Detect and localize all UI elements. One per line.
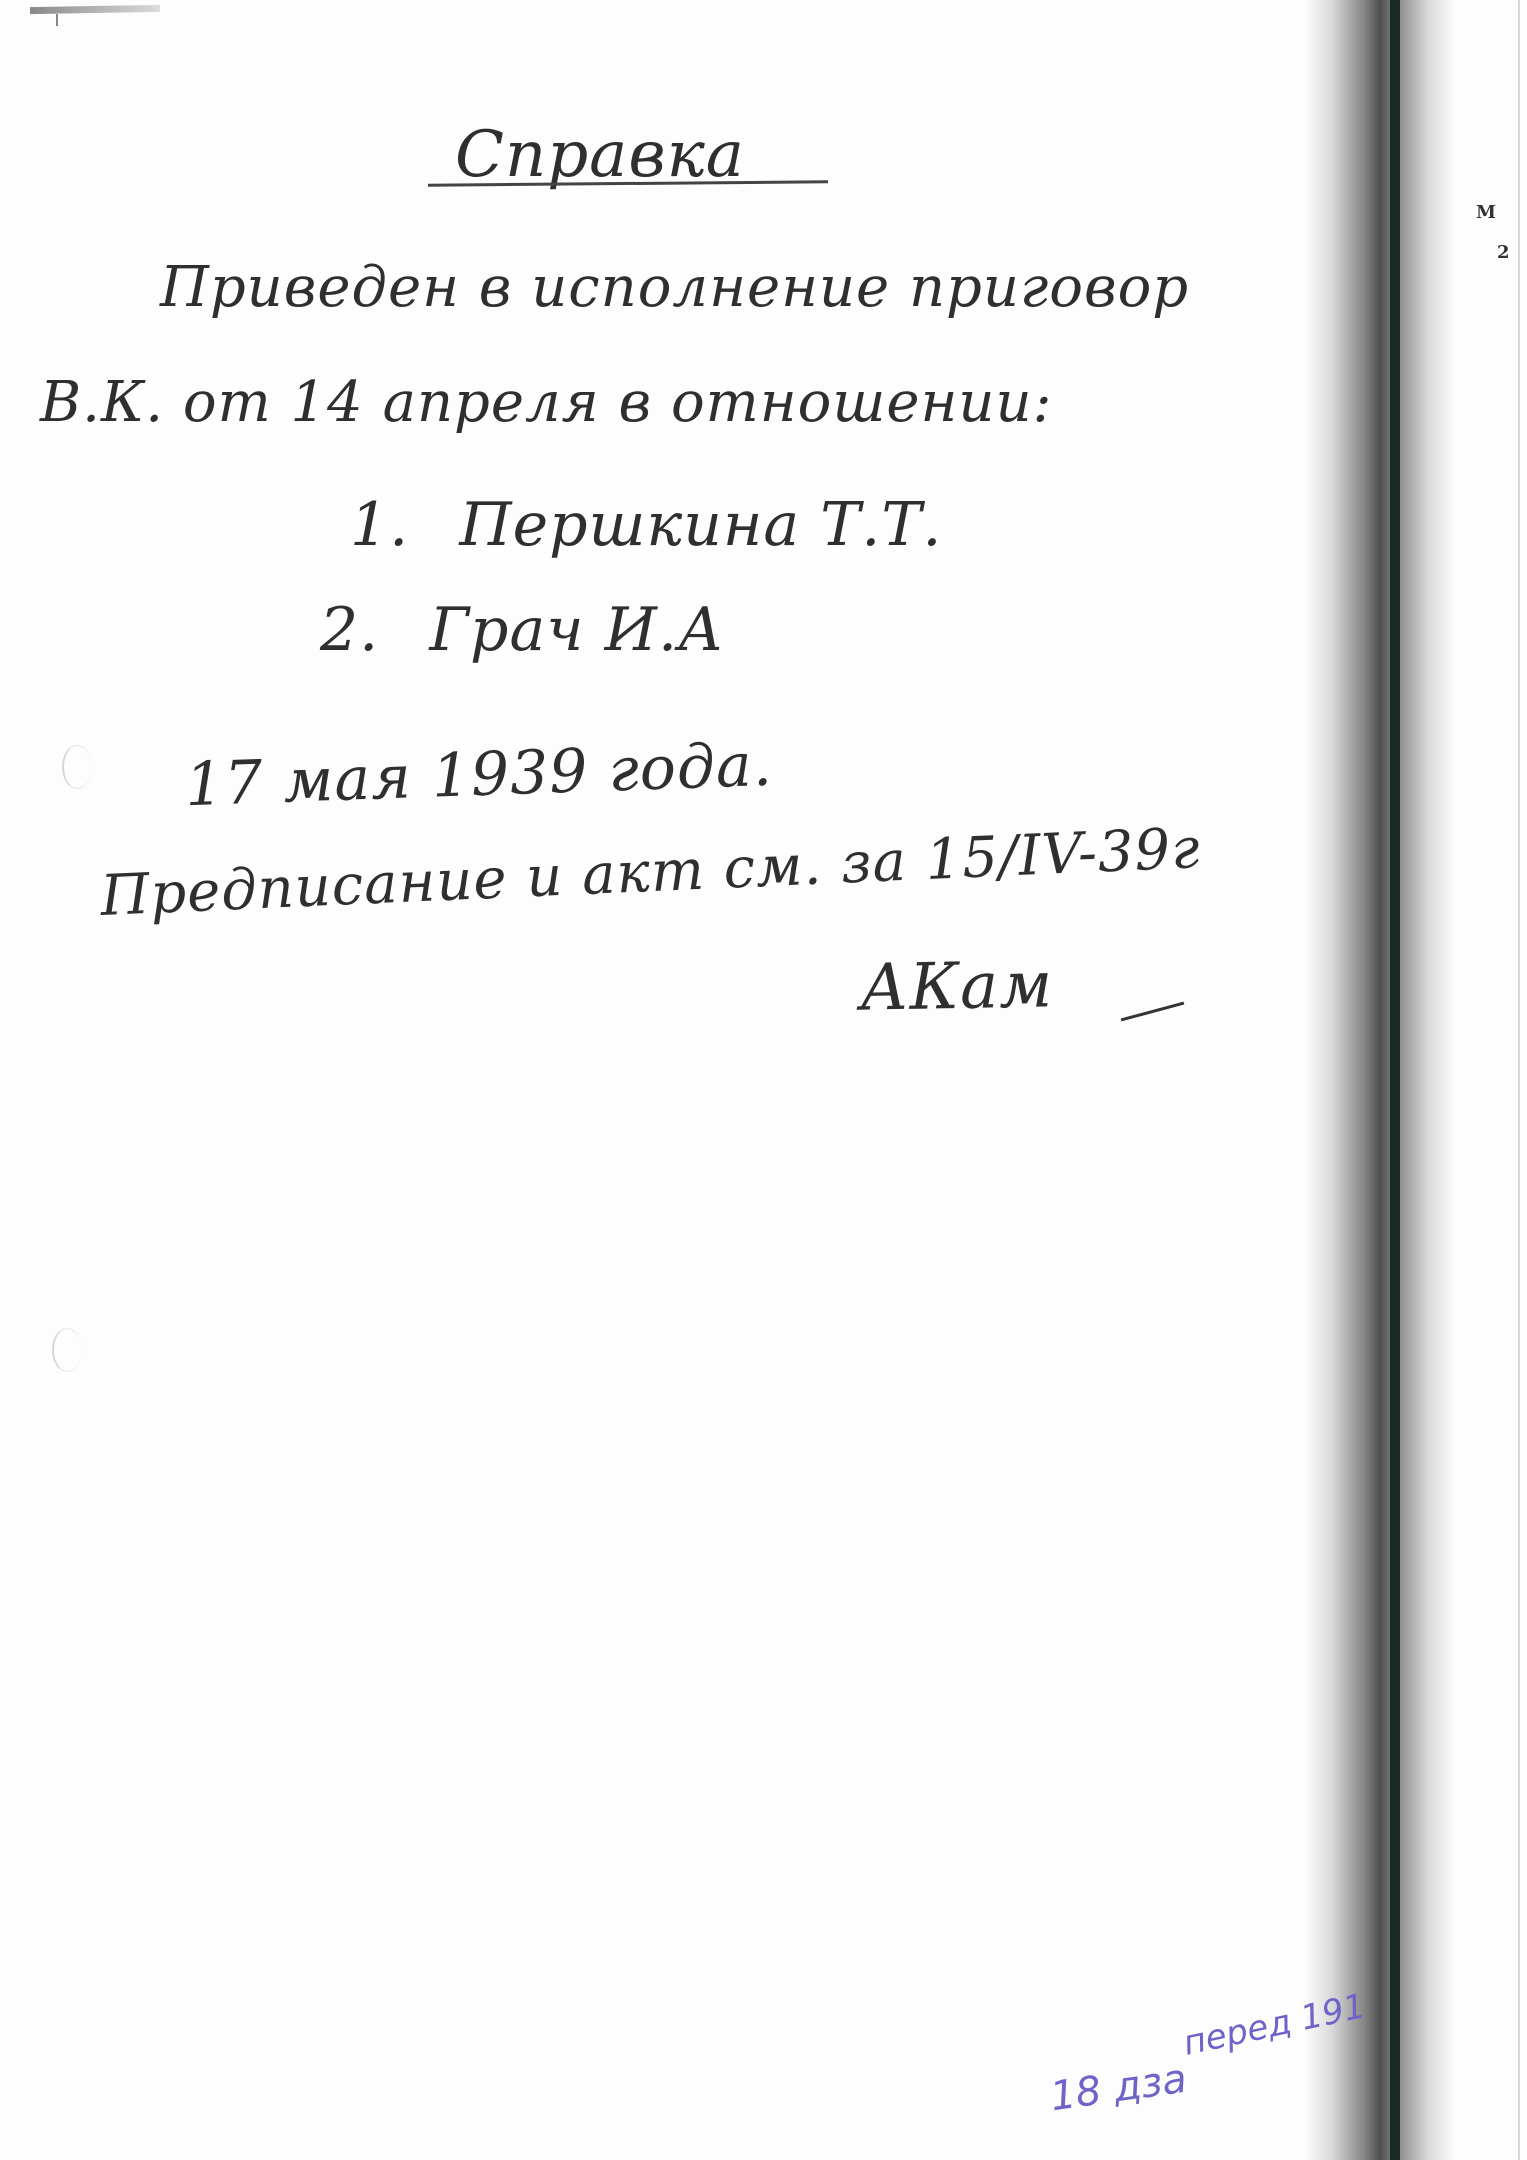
margin-mark-m: М: [1476, 202, 1496, 223]
page-edge: [1518, 0, 1520, 2160]
list-item: 2. Грач И.А: [320, 595, 724, 665]
body-line-2: В.К. от 14 апреля в отношении:: [40, 370, 1052, 435]
signature-flourish: [1121, 1002, 1185, 1022]
scan-artifact: [30, 5, 160, 14]
margin-mark-2: 2: [1497, 242, 1510, 263]
list-item-number: 2.: [320, 595, 379, 665]
list-item-number: 1.: [350, 490, 409, 560]
scanned-page: М 2 Справка Приведен в исполнение пригов…: [0, 0, 1527, 2160]
punch-hole: [62, 745, 92, 789]
pencil-annotation-2: 18 дза: [1047, 2056, 1189, 2121]
binding-crease: [1390, 0, 1400, 2160]
reference-note: Предписание и акт см. за 15/IV-39г: [99, 816, 1202, 929]
document-date: 17 мая 1939 года.: [184, 730, 774, 820]
list-item-name: Грач И.А: [429, 595, 724, 665]
list-item-name: Першкина Т.Т.: [459, 490, 942, 560]
list-item: 1. Першкина Т.Т.: [350, 490, 942, 560]
signature: АКам: [859, 948, 1053, 1025]
scan-artifact-mark: [56, 14, 58, 26]
punch-hole: [52, 1328, 82, 1372]
binding-shadow: [1305, 0, 1455, 2160]
body-line-1: Приведен в исполнение приговор: [160, 255, 1189, 320]
